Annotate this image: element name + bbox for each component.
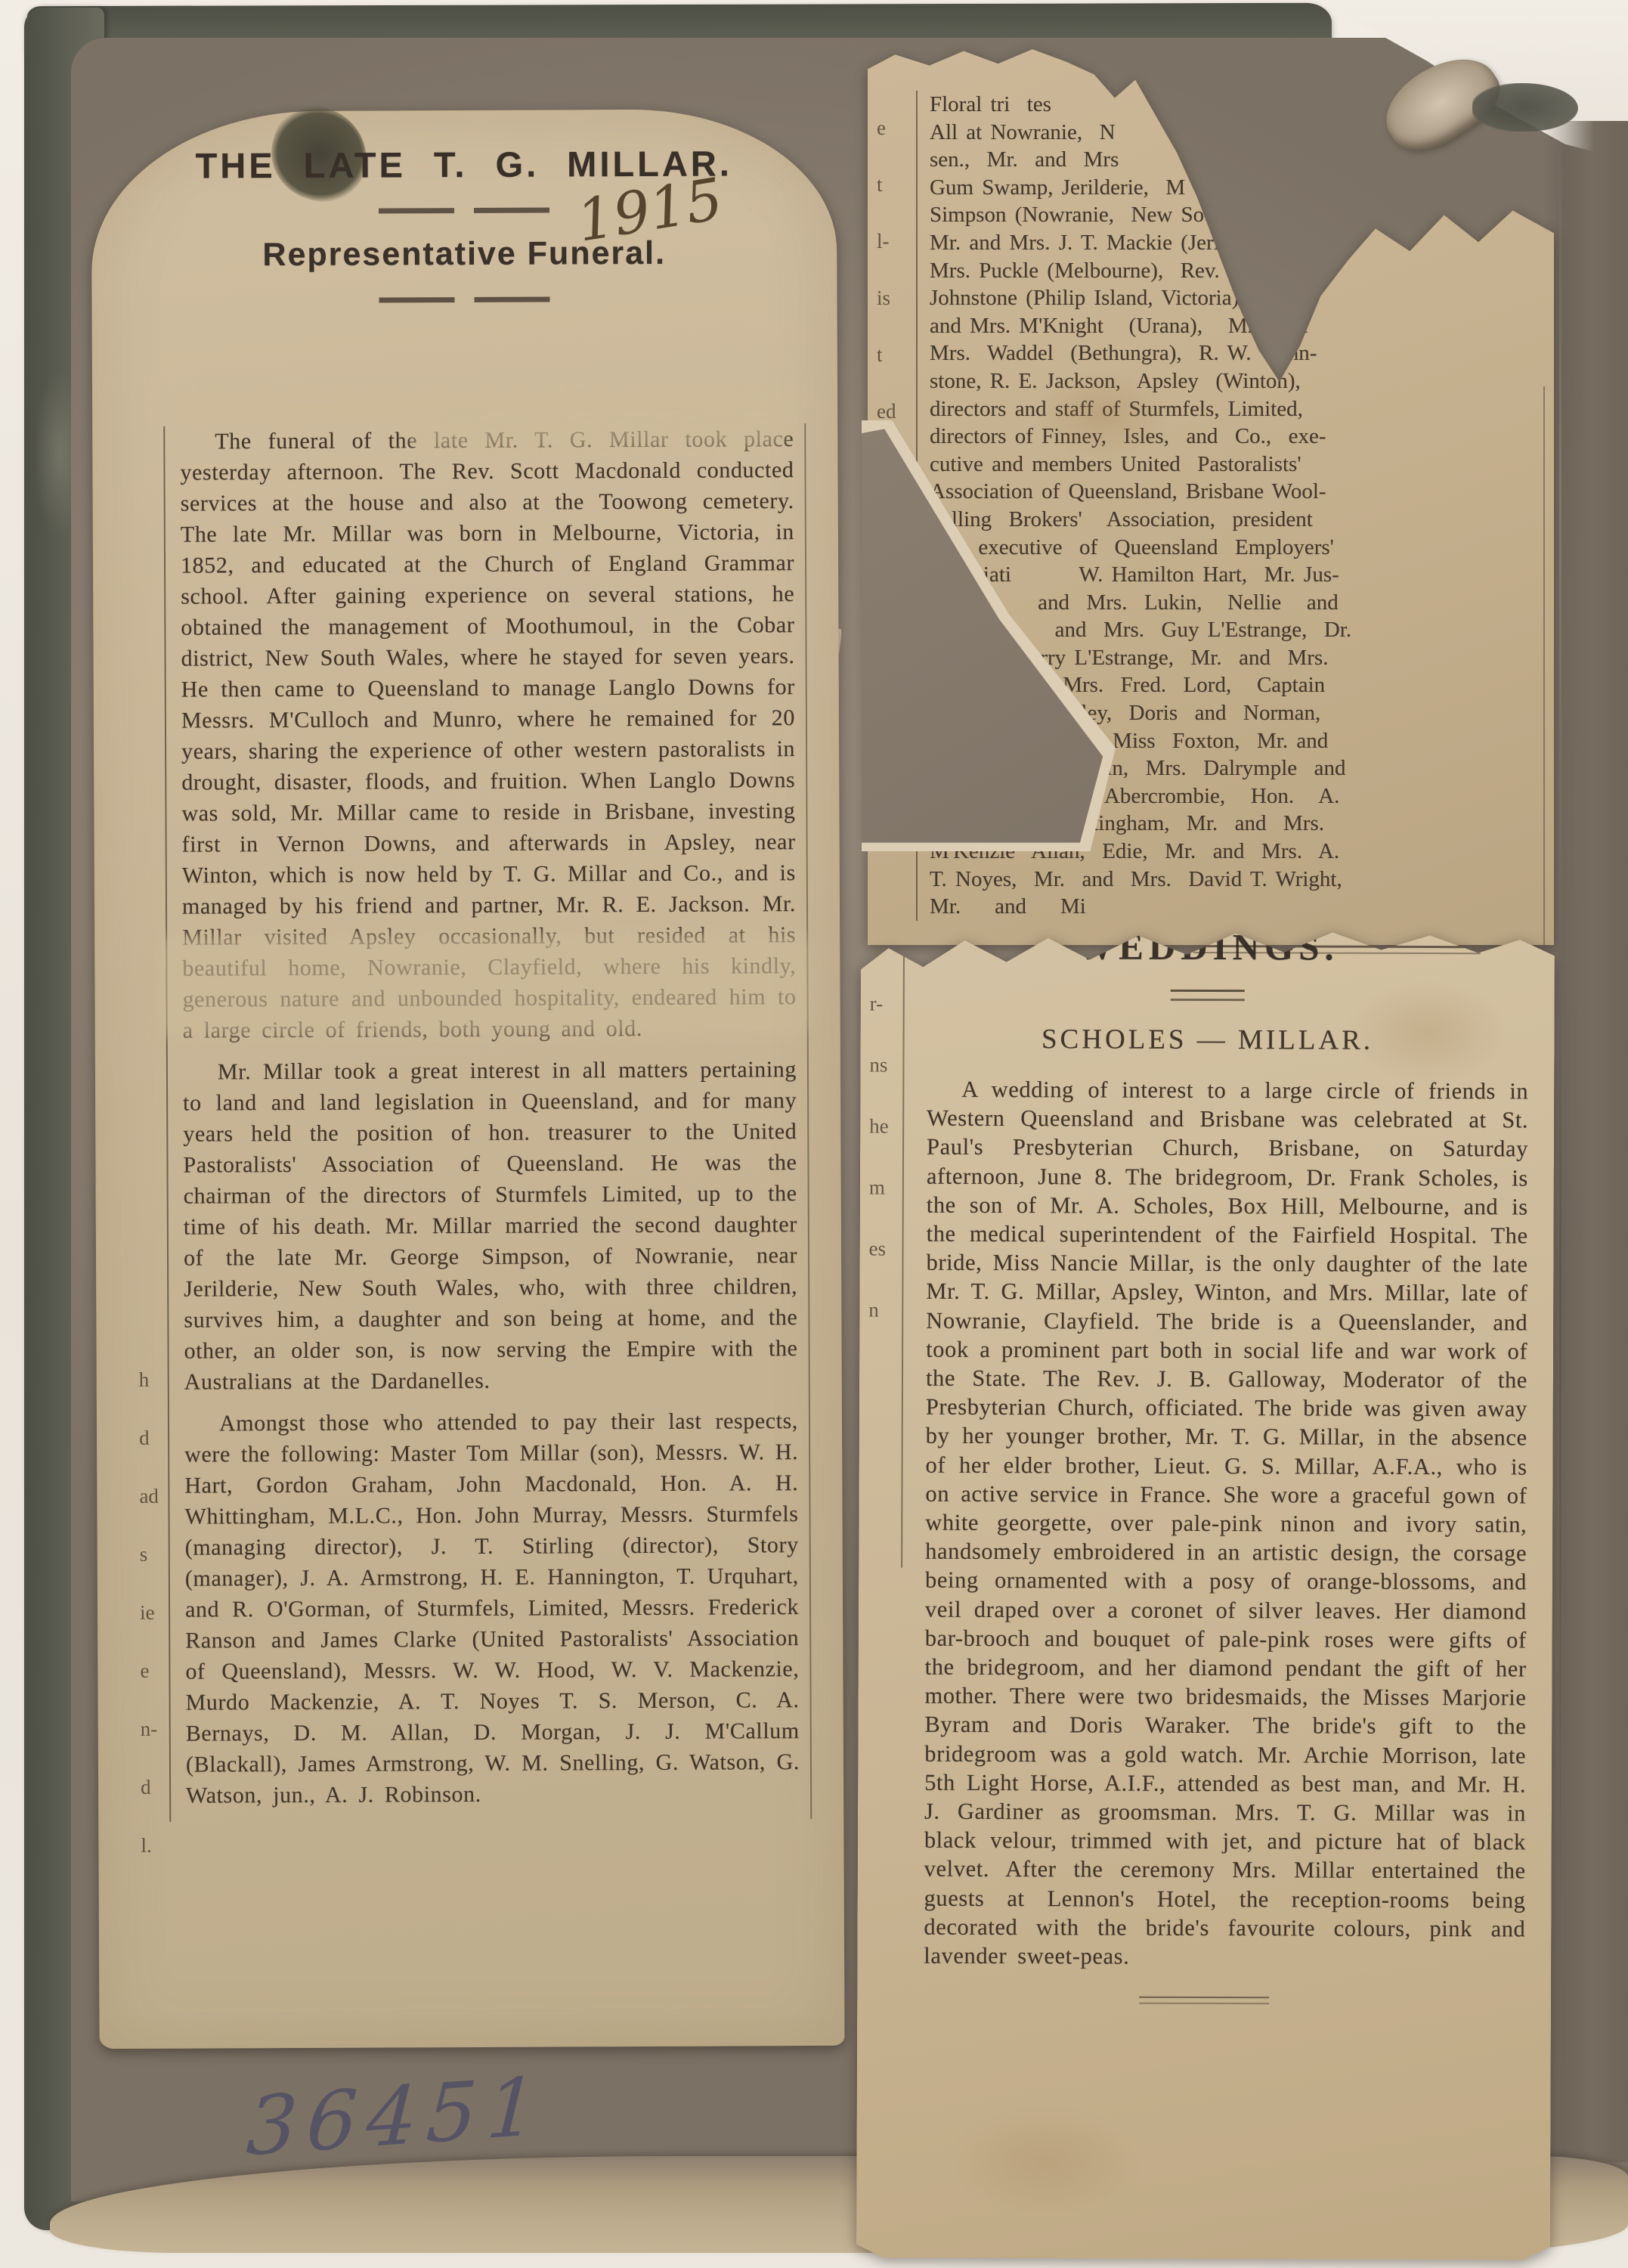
obituary-clipping: THE LATE T. G. MILLAR. Representative Fu… [91,109,844,2049]
letter-fragment: ns [869,1053,889,1077]
divider-rule [91,296,837,304]
board-right-edge [1543,121,1628,2162]
end-rule [1139,1997,1269,2005]
obituary-header: THE LATE T. G. MILLAR. Representative Fu… [91,109,837,304]
letter-fragment: n- [141,1718,160,1741]
letter-fragment: l. [141,1834,160,1857]
exposed-board [862,420,1116,851]
letter-fragment: ad [139,1485,159,1508]
tributes-line: and Mrs. M'Knight (Urana), Mr. and [930,312,1548,340]
letter-fragment: he [869,1114,889,1138]
tributes-line: Johnstone (Philip Island, Victoria), Dr. [930,284,1548,312]
obituary-paragraph: Amongst those who attended to pay their … [184,1405,800,1811]
wedding-clipping: WEDDINGS. SCHOLES — MILLAR. A wedding of… [856,924,1555,2260]
letter-fragment: e [140,1659,159,1683]
tributes-line: Mrs. Waddel (Bethungra), R. W. John- [930,339,1548,367]
letter-fragment: t [877,173,896,197]
obituary-text-column: The funeral of the late Mr. T. G. Millar… [163,423,812,1822]
divider-rule [91,206,837,215]
wedding-text-column: A wedding of interest to a large circle … [924,1075,1528,1972]
wedding-clipping-wrapper: WEDDINGS. SCHOLES — MILLAR. A wedding of… [859,869,1552,2259]
tributes-line: Simpson (Nowranie, New South Wales) [930,201,1548,229]
top-rule [1193,945,1481,954]
tributes-line: Floral tri tes [930,91,1548,119]
letter-fragment: t [877,343,896,367]
tributes-line: stone, R. E. Jackson, Apsley (Winton), [930,367,1548,395]
letter-fragment: e [877,116,896,140]
letter-fragment: l- [877,230,896,253]
tributes-line: Gum Swamp, Jerilderie, M [930,174,1548,202]
letter-fragment: s [140,1543,159,1566]
tributes-line: Mr. and Mrs. J. T. Mackie (Jerilderie, [930,229,1548,257]
tributes-line: All at Nowranie, N [930,119,1548,147]
tributes-line: directors and staff of Sturmfels, Limite… [930,395,1548,423]
cut-off-column-fragments: hdadsieen-dl. [139,1368,160,1857]
wedding-paragraph: A wedding of interest to a large circle … [924,1075,1528,1972]
faded-print-area [410,417,788,451]
scrapbook-page-photo: THE LATE T. G. MILLAR. Representative Fu… [0,0,1628,2268]
obituary-paragraph: Mr. Millar took a great interest in all … [183,1054,798,1398]
letter-fragment: m [869,1176,889,1199]
tributes-line: Mrs. Puckle (Melbourne), Rev. and Mrs. [930,257,1548,285]
letter-fragment: d [141,1776,160,1799]
cut-off-column-fragments: r-nshemesn [868,992,889,1321]
faded-print-area [161,931,809,1039]
letter-fragment: ie [140,1601,159,1625]
paper-stain [947,2104,1144,2218]
obituary-subtitle: Representative Funeral. [91,234,837,274]
torn-gap [862,420,1116,851]
letter-fragment: is [877,287,896,310]
divider-rule [1171,990,1245,1001]
letter-fragment: r- [870,992,890,1015]
letter-fragment: es [869,1237,889,1260]
obituary-title: THE LATE T. G. MILLAR. [91,142,837,187]
wedding-headline: SCHOLES — MILLAR. [860,1022,1554,1057]
letter-fragment: n [868,1298,888,1321]
tributes-line: sen., Mr. and Mrs [930,146,1548,174]
letter-fragment: h [139,1368,159,1392]
letter-fragment: d [139,1427,159,1450]
